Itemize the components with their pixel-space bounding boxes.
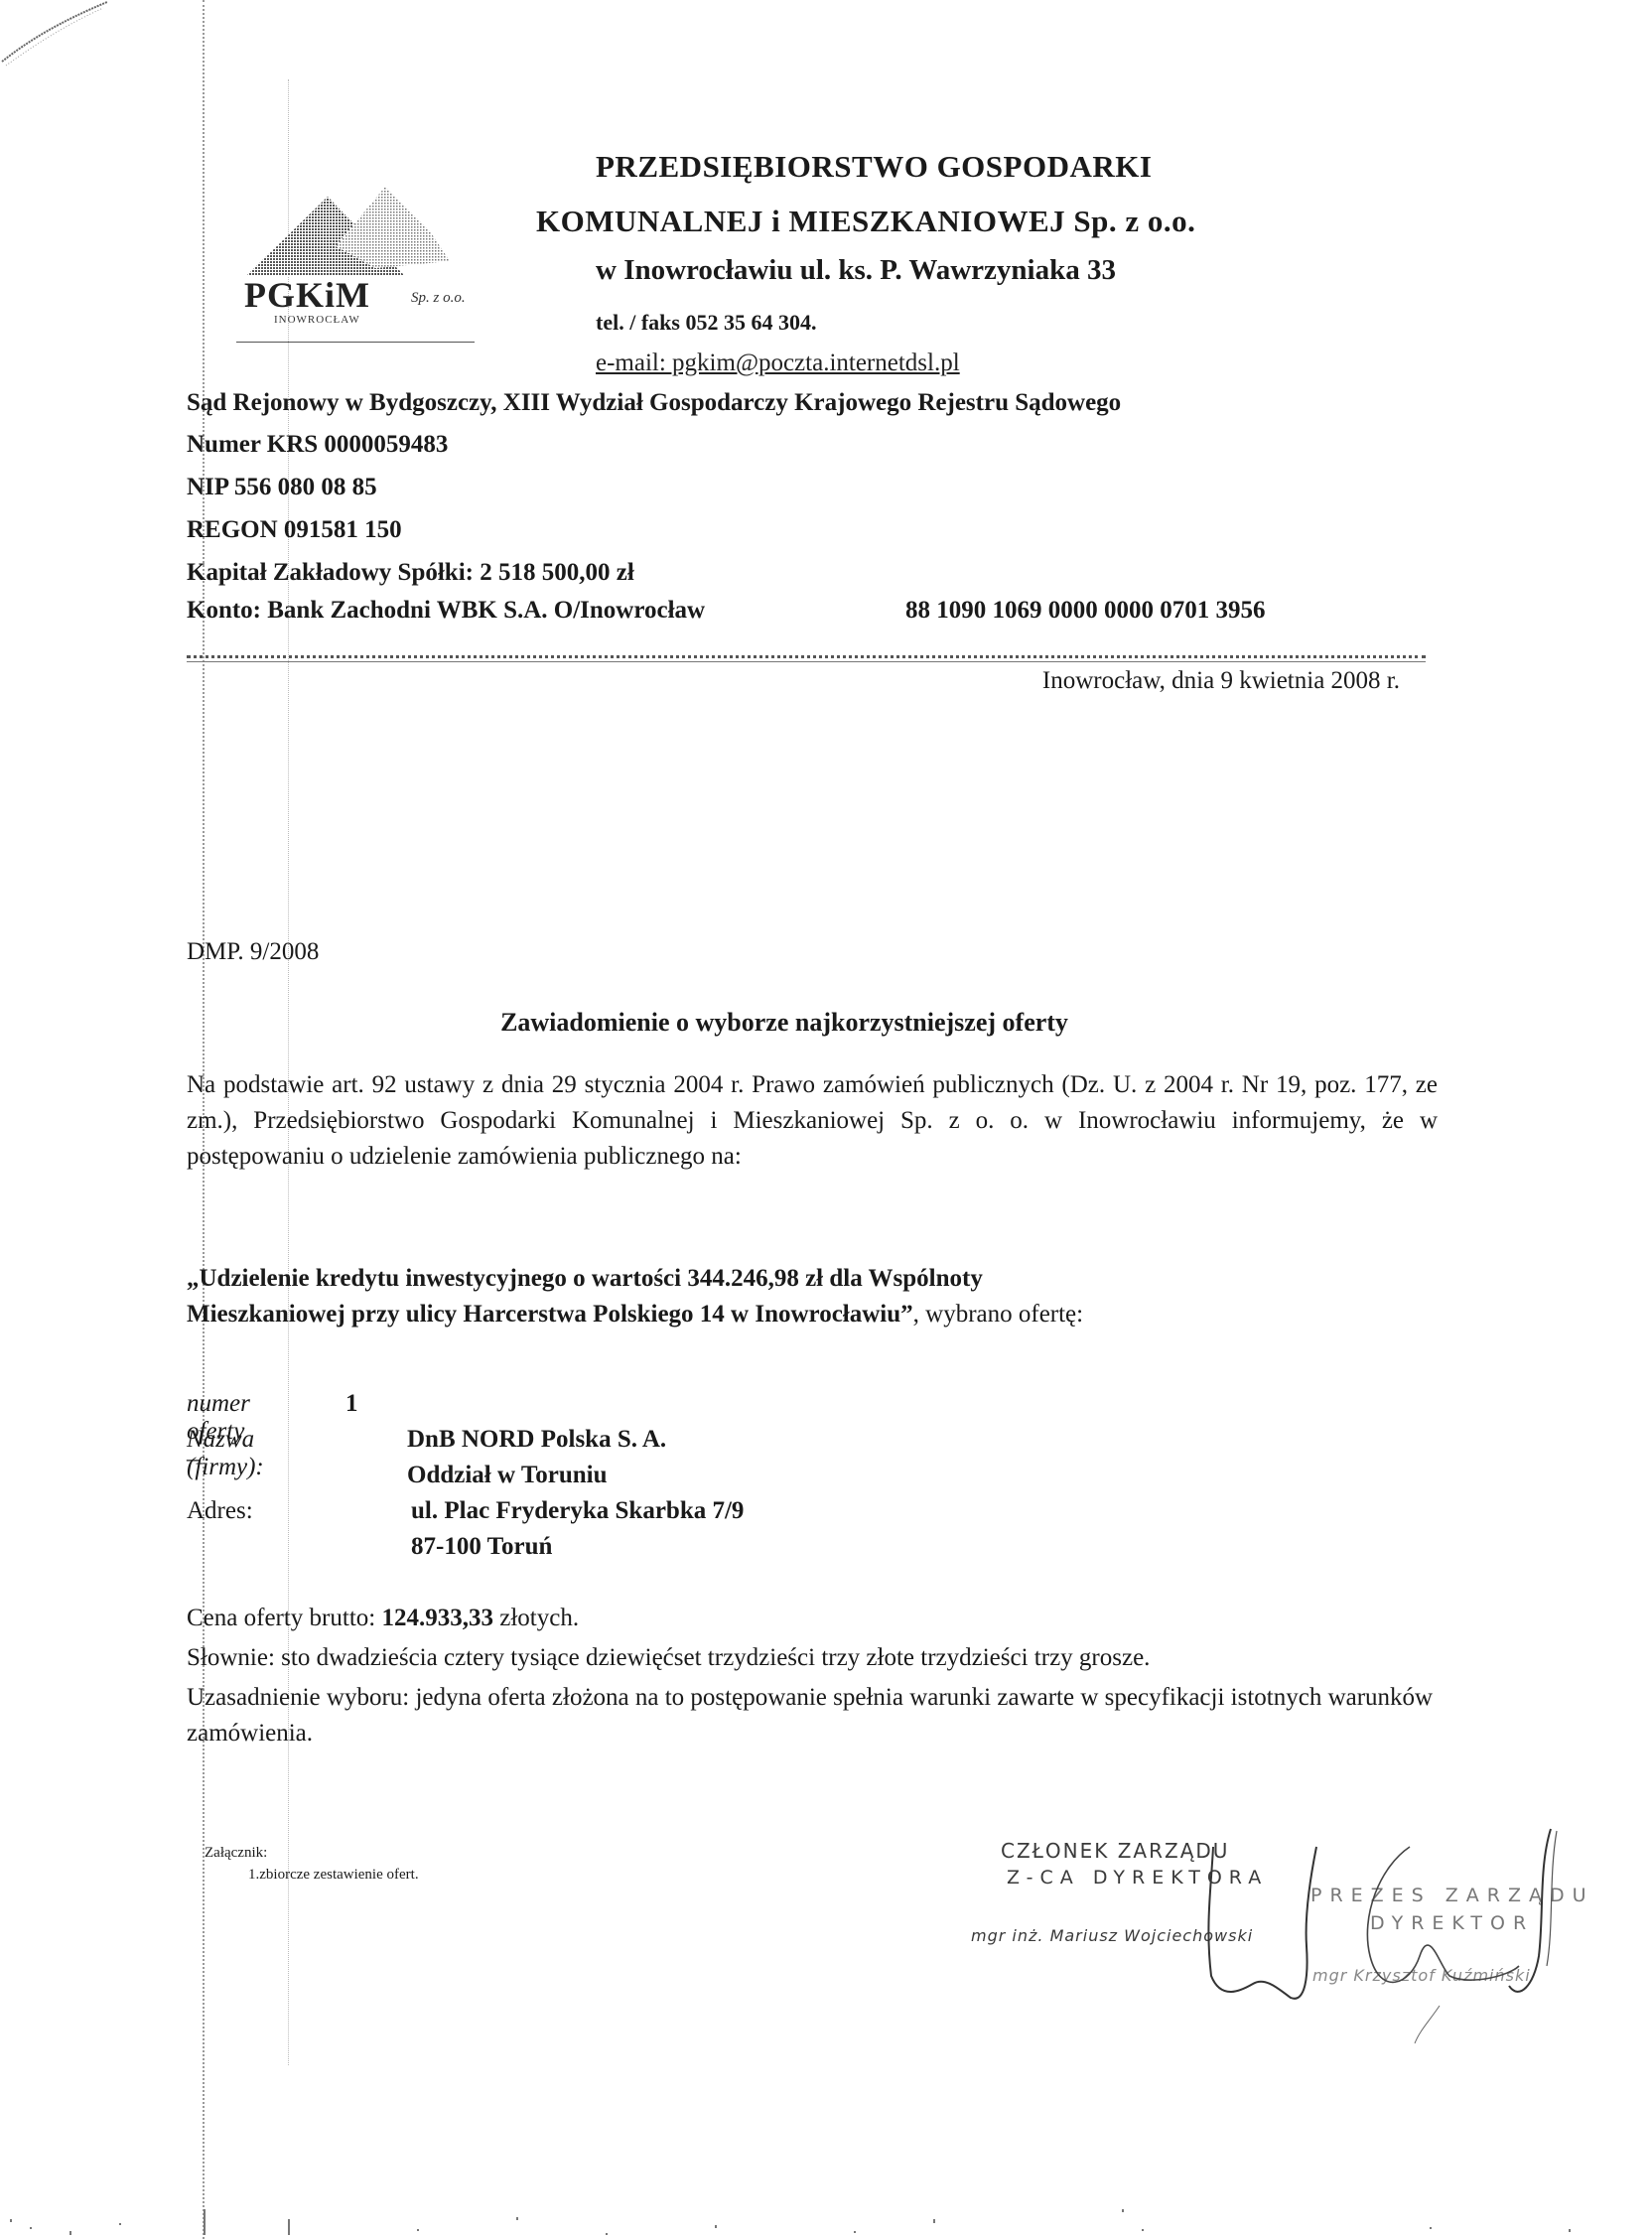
logo-underline: [236, 342, 475, 343]
price-section: Cena oferty brutto: 124.933,33 złotych. …: [187, 1601, 1457, 1751]
header-divider: [187, 655, 1426, 658]
logo-city: INOWROCŁAW: [274, 314, 360, 326]
logo-suffix: Sp. z o.o.: [411, 290, 466, 307]
regon-number: REGON 091581 150: [187, 516, 402, 544]
company-email-link[interactable]: e-mail: pgkim@poczta.internetdsl.pl: [596, 350, 960, 377]
subject-line-2-tail: , wybrano ofertę:: [913, 1301, 1083, 1328]
scan-corner-mark: [0, 0, 109, 70]
price-label: Cena oferty brutto:: [187, 1605, 381, 1631]
company-address: w Inowrocławiu ul. ks. P. Wawrzyniaka 33: [596, 254, 1116, 287]
logo-name: PGKiM: [244, 274, 370, 316]
attachments-label: Załącznik:: [205, 1845, 267, 1862]
header-divider-solid: [187, 661, 1426, 662]
subject-line-2: Mieszkaniowej przy ulicy Harcerstwa Pols…: [187, 1301, 913, 1328]
bank-account-label: Konto: Bank Zachodni WBK S.A. O/Inowrocł…: [187, 597, 705, 625]
contract-subject: „Udzielenie kredytu inwestycyjnego o war…: [187, 1261, 1083, 1332]
company-name-line-2: KOMUNALNEJ i MIESZKANIOWEJ Sp. z o.o.: [536, 204, 1195, 239]
offer-name-line-2: Oddział w Toruniu: [407, 1462, 607, 1489]
share-capital: Kapitał Zakładowy Spółki: 2 518 500,00 z…: [187, 559, 634, 587]
offer-name-label: Nazwa (firmy):: [187, 1426, 264, 1481]
offer-address-label: Adres:: [187, 1497, 253, 1525]
attachment-item: 1.zbiorcze zestawienie ofert.: [248, 1867, 419, 1884]
scan-noise: [0, 2189, 1652, 2239]
selection-justification: Uzasadnienie wyboru: jedyna oferta złożo…: [187, 1680, 1457, 1751]
price-value: 124.933,33: [381, 1605, 493, 1631]
company-logo: PGKiM Sp. z o.o. INOWROCŁAW: [216, 187, 477, 346]
handwritten-signatures-icon: [1142, 1827, 1579, 2045]
price-in-words: Słownie: sto dwadzieścia cztery tysiące …: [187, 1636, 1457, 1680]
document-title: Zawiadomienie o wyborze najkorzystniejsz…: [288, 1008, 1281, 1038]
offer-name-line-1: DnB NORD Polska S. A.: [407, 1426, 666, 1454]
price-unit: złotych.: [493, 1605, 579, 1631]
reference-number: DMP. 9/2008: [187, 938, 319, 966]
subject-line-1: „Udzielenie kredytu inwestycyjnego o war…: [187, 1265, 983, 1292]
offer-address-line-2: 87-100 Toruń: [411, 1533, 552, 1561]
company-name-line-1: PRZEDSIĘBIORSTWO GOSPODARKI: [596, 149, 1152, 185]
nip-number: NIP 556 080 08 85: [187, 474, 377, 501]
body-paragraph: Na podstawie art. 92 ustawy z dnia 29 st…: [187, 1067, 1438, 1175]
offer-address-line-1: ul. Plac Fryderyka Skarbka 7/9: [411, 1497, 744, 1525]
company-phone: tel. / faks 052 35 64 304.: [596, 310, 816, 336]
bank-account-number: 88 1090 1069 0000 0000 0701 3956: [905, 597, 1266, 625]
krs-number: Numer KRS 0000059483: [187, 431, 448, 459]
document-date: Inowrocław, dnia 9 kwietnia 2008 r.: [1042, 667, 1400, 695]
court-registration: Sąd Rejonowy w Bydgoszczy, XIII Wydział …: [187, 389, 1121, 417]
offer-number-value: 1: [345, 1390, 358, 1418]
